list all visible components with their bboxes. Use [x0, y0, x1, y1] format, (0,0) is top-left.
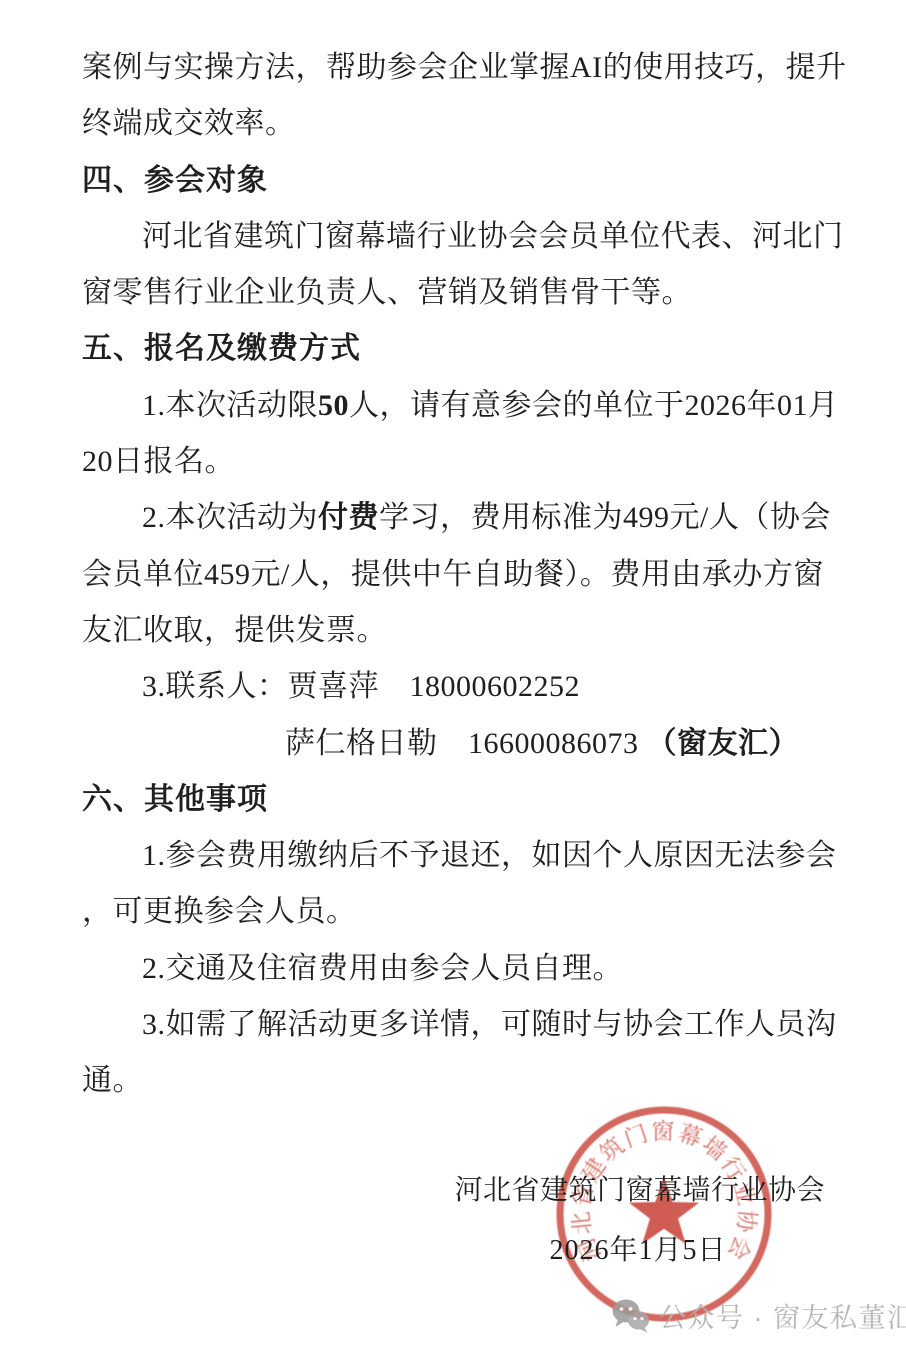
- text-line: 20日报名。: [82, 434, 846, 490]
- signature-date: 2026年1月5日: [549, 1228, 726, 1268]
- text-line: 2.本次活动为付费学习，费用标准为499元/人（协会: [82, 490, 846, 546]
- text-line: 会员单位459元/人，提供中午自助餐）。费用由承办方窗: [82, 547, 846, 603]
- text-line: 3.联系人：贾喜萍 18000602252: [82, 659, 846, 715]
- watermark: 公众号 · 窗友私董汇: [612, 1296, 906, 1335]
- section-heading: 六、其他事项: [82, 772, 846, 828]
- official-seal: 河北省建筑门窗幕墙行业协会: [549, 1099, 779, 1329]
- text-line: 1.参会费用缴纳后不予退还，如因个人原因无法参会: [82, 828, 846, 884]
- text-line: 河北省建筑门窗幕墙行业协会会员单位代表、河北门: [82, 209, 846, 265]
- watermark-label: 公众号 · 窗友私董汇: [659, 1296, 906, 1335]
- signature-org: 河北省建筑门窗幕墙行业协会: [454, 1168, 825, 1208]
- text-line: 萨仁格日勒 16600086073 （窗友汇）: [82, 716, 846, 772]
- text-line: 窗零售行业企业负责人、营销及销售骨干等。: [82, 265, 846, 321]
- section-heading: 四、参会对象: [82, 153, 846, 209]
- document-page: 案例与实操方法，帮助参会企业掌握AI的使用技巧，提升终端成交效率。四、参会对象河…: [0, 0, 906, 1353]
- document-body: 案例与实操方法，帮助参会企业掌握AI的使用技巧，提升终端成交效率。四、参会对象河…: [82, 40, 846, 1110]
- wechat-icon: [612, 1299, 650, 1333]
- text-line: 1.本次活动限50人，请有意参会的单位于2026年01月: [82, 378, 846, 434]
- text-line: 通。: [82, 1053, 846, 1109]
- text-line: 3.如需了解活动更多详情，可随时与协会工作人员沟: [82, 997, 846, 1053]
- text-line: 2.交通及住宿费用由参会人员自理。: [82, 941, 846, 997]
- section-heading: 五、报名及缴费方式: [82, 321, 846, 377]
- text-line: 终端成交效率。: [82, 96, 846, 152]
- text-line: 友汇收取，提供发票。: [82, 603, 846, 659]
- text-line: ，可更换参会人员。: [82, 884, 846, 940]
- text-line: 案例与实操方法，帮助参会企业掌握AI的使用技巧，提升: [82, 40, 846, 96]
